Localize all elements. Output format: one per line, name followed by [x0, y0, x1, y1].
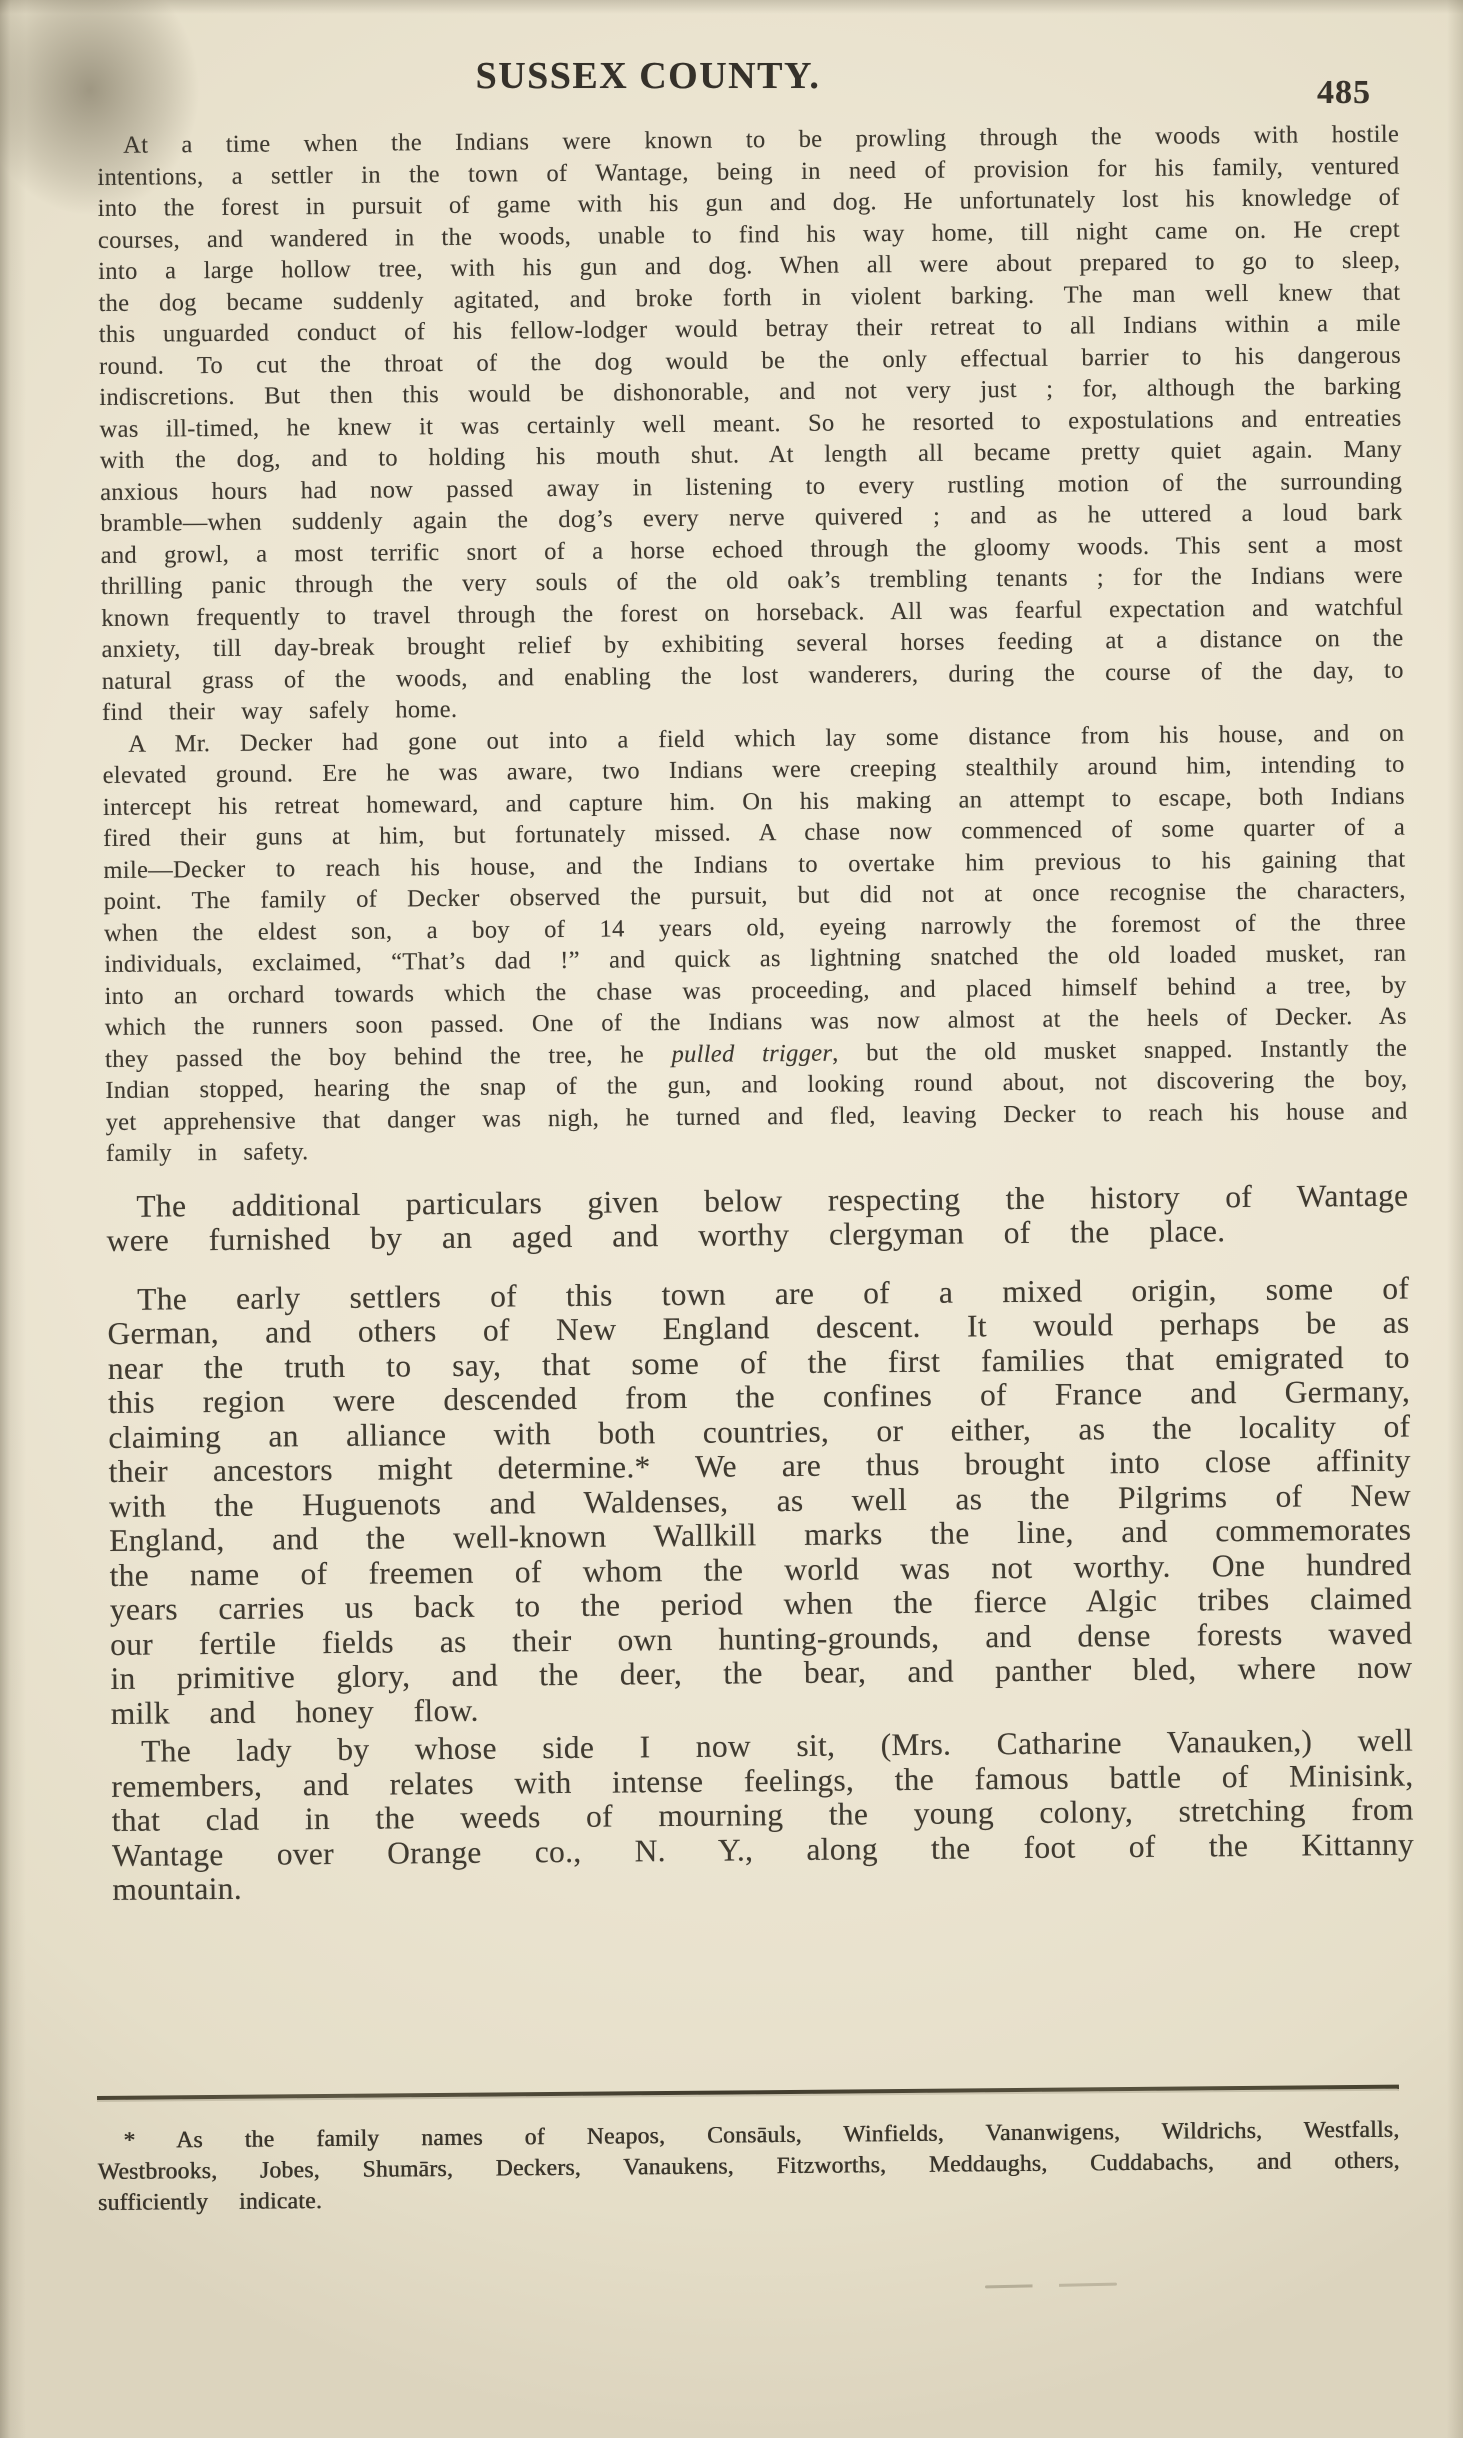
page: SUSSEX COUNTY. 485 At a time when the In… — [0, 0, 1463, 2438]
paragraph-mrs-vanauken: The lady by whose side I now sit, (Mrs. … — [111, 1724, 1414, 1908]
text-run: The additional particulars given below r… — [107, 1177, 1409, 1258]
running-header: SUSSEX COUNTY. — [97, 54, 1399, 98]
text-run: * As the family names of Neapos, Consāul… — [98, 2117, 1400, 2216]
italic-run: pulled trigger — [671, 1039, 832, 1067]
page-title: SUSSEX COUNTY. — [476, 54, 821, 98]
paragraph-indians-wantage: At a time when the Indians were known to… — [97, 119, 1404, 729]
scan-edge-shadow-top — [0, 0, 1463, 14]
text-run: A Mr. Decker had gone out into a field w… — [103, 719, 1407, 1072]
paragraph-early-settlers: The early settlers of this town are of a… — [107, 1271, 1413, 1731]
text-run: The early settlers of this town are of a… — [107, 1270, 1412, 1730]
footnote-divider — [97, 2085, 1399, 2100]
scan-artifact — [985, 2283, 1117, 2289]
text-run: The lady by whose side I now sit, (Mrs. … — [111, 1723, 1414, 1907]
footnote-text: * As the family names of Neapos, Consāul… — [97, 2115, 1400, 2219]
paragraph-decker-chase: A Mr. Decker had gone out into a field w… — [102, 717, 1408, 1169]
scan-edge-shadow-right — [1447, 0, 1463, 2438]
page-number: 485 — [1317, 74, 1371, 112]
paragraph-additional-particulars: The additional particulars given below r… — [106, 1178, 1409, 1258]
footnote-block: * As the family names of Neapos, Consāul… — [97, 2085, 1400, 2219]
scan-edge-shadow-left — [0, 0, 26, 2438]
text-block: At a time when the Indians were known to… — [97, 119, 1414, 1908]
text-run: At a time when the Indians were known to… — [97, 121, 1404, 726]
